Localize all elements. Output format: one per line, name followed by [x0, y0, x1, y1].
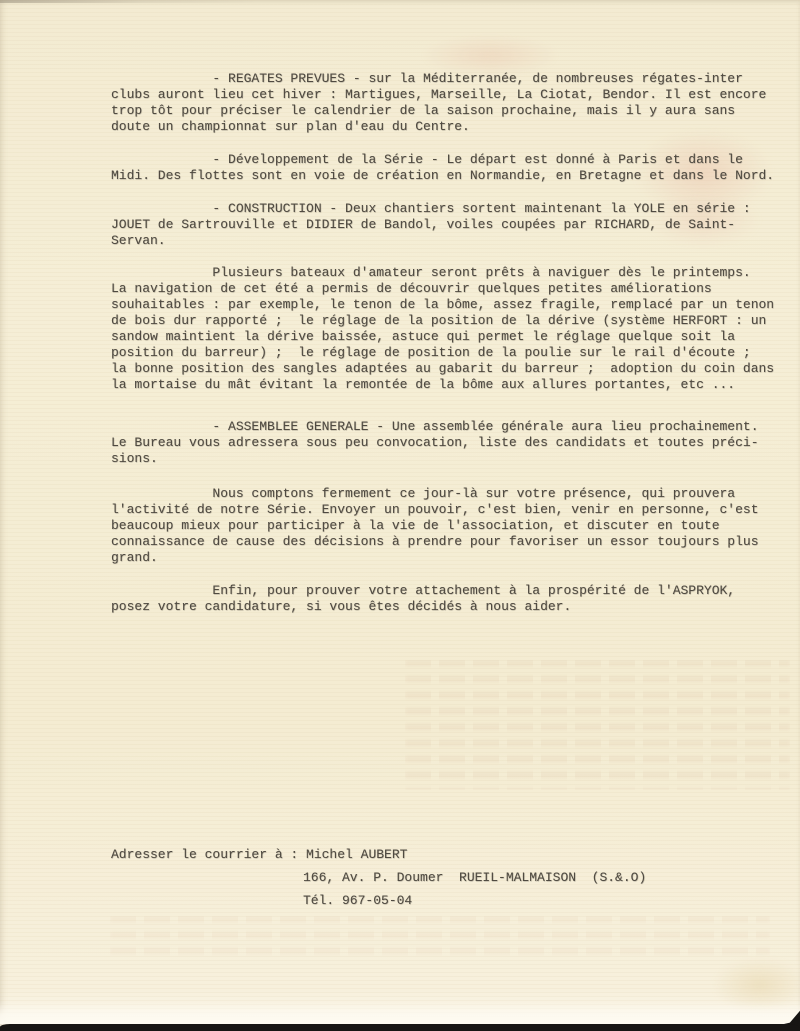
- ink-bleed-through: [110, 916, 770, 960]
- paragraph-presence: Nous comptons fermement ce jour-là sur v…: [111, 486, 759, 566]
- contact-address-intro: Adresser le courrier à : Michel AUBERT: [111, 847, 407, 863]
- paragraph-candidature: Enfin, pour prouver votre attachement à …: [111, 583, 735, 615]
- contact-address-street: 166, Av. P. Doumer RUEIL-MALMAISON (S.&.…: [303, 870, 646, 886]
- scan-top-edge: [0, 0, 260, 3]
- scan-bottom-edge: [0, 1024, 800, 1031]
- ink-bleed-through: [405, 660, 790, 790]
- paper-stain: [700, 950, 800, 1020]
- paragraph-ameliorations: Plusieurs bateaux d'amateur seront prêts…: [111, 265, 774, 393]
- contact-phone: Tél. 967-05-04: [303, 893, 412, 909]
- page-bottom-edge: [0, 1002, 800, 1024]
- paragraph-construction: - CONSTRUCTION - Deux chantiers sortent …: [111, 201, 751, 249]
- paragraph-assemblee-generale: - ASSEMBLEE GENERALE - Une assemblée gén…: [111, 419, 759, 467]
- paragraph-developpement-serie: - Développement de la Série - Le départ …: [111, 152, 774, 184]
- document-page: - REGATES PREVUES - sur la Méditerranée,…: [0, 0, 800, 1031]
- paragraph-regates-prevues: - REGATES PREVUES - sur la Méditerranée,…: [111, 71, 766, 135]
